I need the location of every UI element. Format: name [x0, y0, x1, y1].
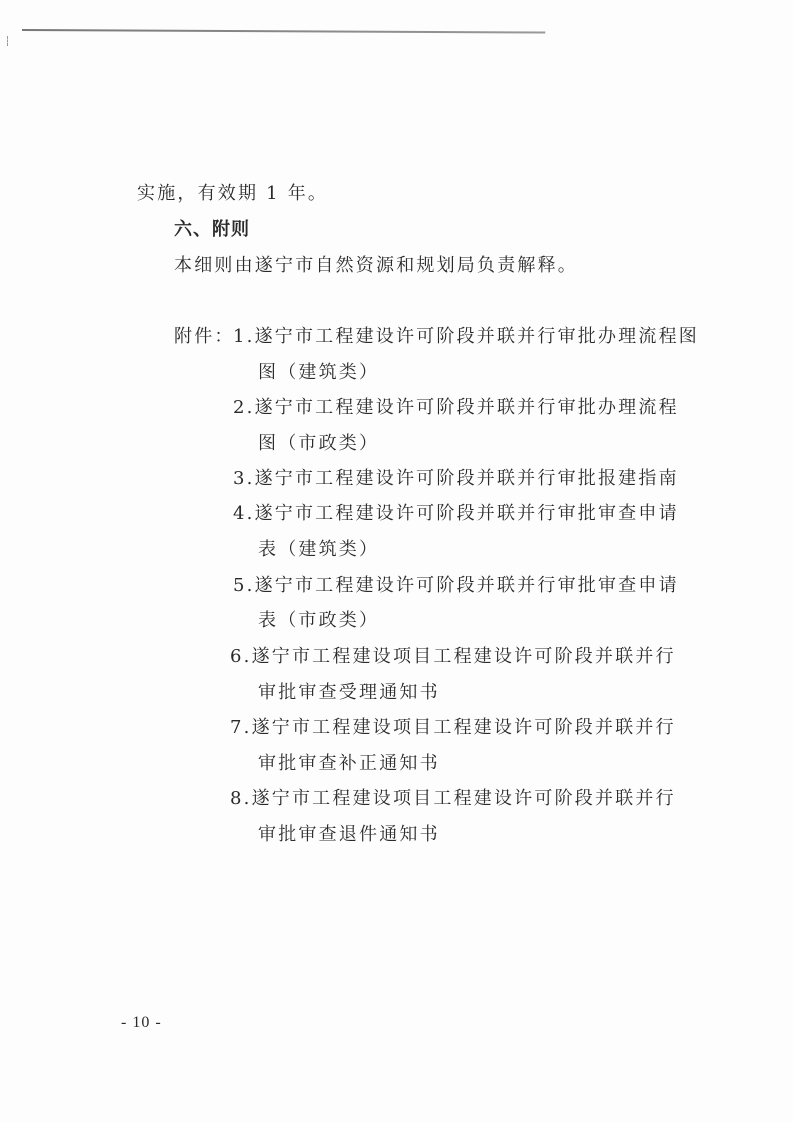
section-heading: 六、附则	[174, 219, 250, 241]
attachment-item-6: 6.遂宁市工程建设项目工程建设许可阶段并联并行	[230, 646, 676, 668]
attachment-item-2: 2.遂宁市工程建设许可阶段并联并行审批办理流程	[233, 397, 679, 419]
attachment-item-8: 8.遂宁市工程建设项目工程建设许可阶段并联并行	[230, 788, 676, 810]
attachment-item-7-cont: 审批审查补正通知书	[258, 753, 440, 775]
attachment-item-4: 4.遂宁市工程建设许可阶段并联并行审批审查申请	[233, 503, 679, 525]
attachment-item-1: 1.遂宁市工程建设许可阶段并联并行审批办理流程图	[233, 326, 699, 348]
attachment-item-6-cont: 审批审查受理通知书	[258, 682, 440, 704]
attachment-item-8-cont: 审批审查退件通知书	[258, 824, 440, 846]
attachment-item-4-cont: 表（建筑类）	[258, 539, 379, 561]
attachment-item-3: 3.遂宁市工程建设许可阶段并联并行审批报建指南	[233, 468, 679, 490]
page-number: - 10 -	[121, 1014, 162, 1032]
attachment-item-5-cont: 表（市政类）	[258, 610, 379, 632]
header-rule	[22, 29, 545, 34]
attachment-item-7: 7.遂宁市工程建设项目工程建设许可阶段并联并行	[230, 717, 676, 739]
interpretation-text: 本细则由遂宁市自然资源和规划局负责解释。	[174, 255, 578, 277]
attachment-item-5: 5.遂宁市工程建设许可阶段并联并行审批审查申请	[233, 575, 679, 597]
attachment-item-2-cont: 图（市政类）	[258, 433, 379, 455]
attachments-label: 附件：	[174, 326, 235, 348]
margin-mark	[7, 36, 9, 46]
continuation-text: 实施，有效期 1 年。	[137, 183, 328, 205]
attachment-item-1-cont: 图（建筑类）	[258, 362, 379, 384]
